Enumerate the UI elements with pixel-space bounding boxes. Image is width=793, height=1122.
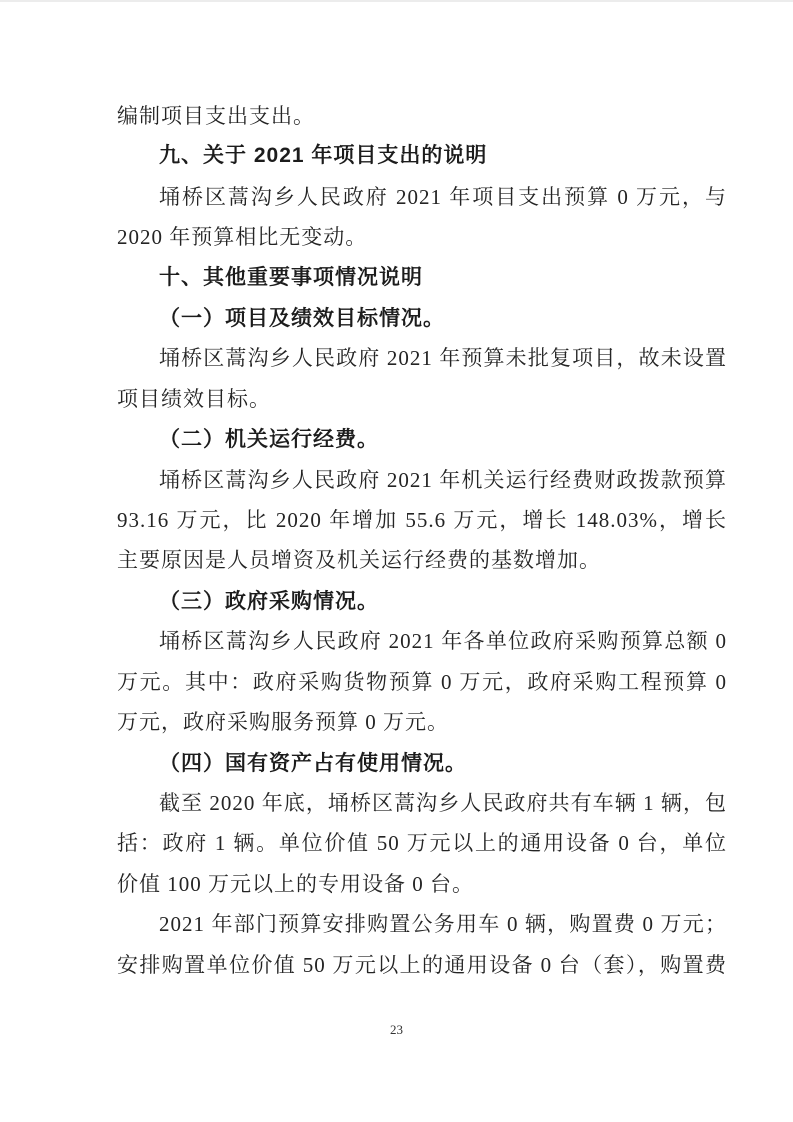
page-content: 编制项目支出支出。 九、关于 2021 年项目支出的说明 埇桥区蒿沟乡人民政府 … — [117, 96, 727, 985]
para-state-assets: 截至 2020 年底，埇桥区蒿沟乡人民政府共有车辆 1 辆，包括：政府 1 辆。… — [117, 783, 727, 904]
para-operating-funds: 埇桥区蒿沟乡人民政府 2021 年机关运行经费财政拨款预算 93.16 万元，比… — [117, 460, 727, 581]
heading-section-10: 十、其他重要事项情况说明 — [117, 258, 727, 298]
heading-sub-1-performance: （一）项目及绩效目标情况。 — [117, 298, 727, 338]
page-top-edge — [0, 0, 793, 2]
para-carryover: 编制项目支出支出。 — [117, 96, 727, 136]
page-number: 23 — [0, 1021, 793, 1039]
heading-sub-2-operating-funds: （二）机关运行经费。 — [117, 419, 727, 459]
document-page: 编制项目支出支出。 九、关于 2021 年项目支出的说明 埇桥区蒿沟乡人民政府 … — [0, 0, 793, 1122]
heading-section-9: 九、关于 2021 年项目支出的说明 — [117, 136, 727, 176]
para-vehicle-equipment-purchase: 2021 年部门预算安排购置公务用车 0 辆，购置费 0 万元；安排购置单位价值… — [117, 904, 727, 985]
heading-sub-4-state-assets: （四）国有资产占有使用情况。 — [117, 743, 727, 783]
heading-sub-3-procurement: （三）政府采购情况。 — [117, 581, 727, 621]
para-project-expenditure: 埇桥区蒿沟乡人民政府 2021 年项目支出预算 0 万元，与 2020 年预算相… — [117, 177, 727, 258]
para-procurement: 埇桥区蒿沟乡人民政府 2021 年各单位政府采购预算总额 0 万元。其中：政府采… — [117, 621, 727, 742]
para-performance-targets: 埇桥区蒿沟乡人民政府 2021 年预算未批复项目，故未设置项目绩效目标。 — [117, 338, 727, 419]
